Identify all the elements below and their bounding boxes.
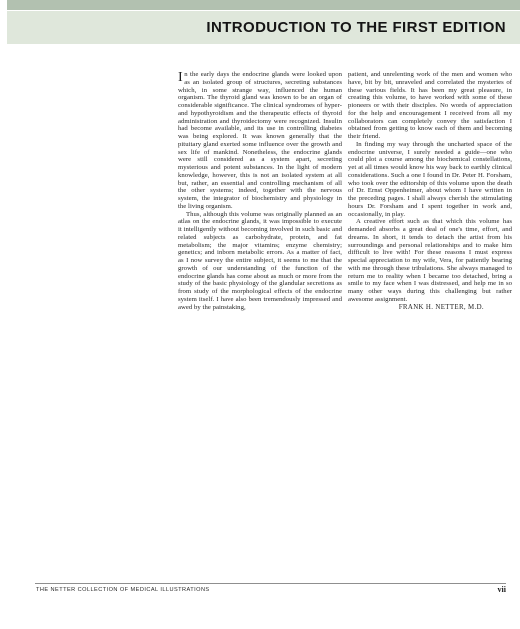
text-column-left: In the early days the endocrine glands w…	[178, 71, 342, 311]
page-title: INTRODUCTION TO THE FIRST EDITION	[206, 19, 520, 36]
author-signature: FRANK H. NETTER, M.D.	[348, 304, 512, 312]
paragraph: In finding my way through the uncharted …	[348, 141, 512, 219]
footer-rule	[35, 583, 506, 584]
header-band: INTRODUCTION TO THE FIRST EDITION	[7, 11, 520, 44]
article-body: In the early days the endocrine glands w…	[178, 71, 512, 311]
book-page: INTRODUCTION TO THE FIRST EDITION In the…	[0, 0, 520, 629]
header-accent-strip	[7, 0, 520, 10]
text-column-right: patient, and unrelenting work of the men…	[348, 71, 512, 311]
footer-imprint: THE NETTER COLLECTION OF MEDICAL ILLUSTR…	[36, 587, 210, 593]
paragraph: Thus, although this volume was originall…	[178, 211, 342, 312]
paragraph-text: n the early days the endocrine glands we…	[178, 71, 342, 210]
page-number: vii	[498, 585, 506, 594]
paragraph: patient, and unrelenting work of the men…	[348, 71, 512, 141]
paragraph: In the early days the endocrine glands w…	[178, 71, 342, 211]
paragraph: A creative effort such as that which thi…	[348, 218, 512, 303]
